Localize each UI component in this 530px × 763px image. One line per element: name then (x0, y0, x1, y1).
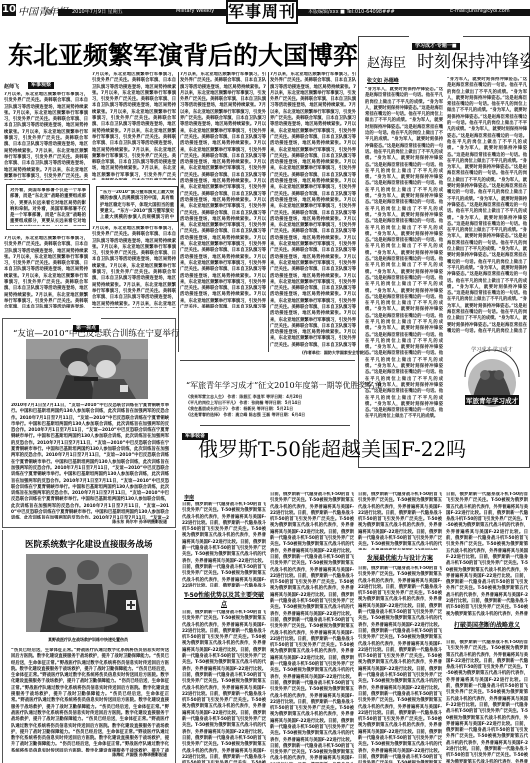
second-article-subhead-1: T-50性能优势以及其主要突破点 (182, 590, 266, 608)
section-divider (180, 360, 355, 361)
side-column-title: 时刻保持冲锋姿态 (417, 52, 530, 72)
photo-story-1-box: 第一视点 “友谊—2010”中巴反恐联合训练在宁夏举行 2010年7月1日至7月… (2, 318, 176, 528)
honor-list: 《我来军营立志人生》 作者：陈振江 李显军 等评日期：4月20日 《平凡的岗位上… (186, 394, 305, 418)
second-article-col3: 日前，俄罗斯新一代隐身战斗机T-50的首飞引发外界广泛关注。T-50被视为俄罗斯… (358, 492, 442, 550)
lead-body-col2: 7月以来，东北亚地区频繁举行军事演习，引发外界广泛关注。美韩联合军演、日本自卫队… (92, 72, 176, 180)
lead-body-col1: 7月以来，东北亚地区频繁举行军事演习，引发外界广泛关注。美韩联合军演、日本自卫队… (4, 92, 88, 180)
side-column-box: 学习成才·专题一■ 赵海臣 时刻保持冲锋姿态 张文如 孙德峰 “身为军人，就要时… (358, 36, 530, 468)
second-article-subhead-2: 发展最优能力与设计方案 (358, 553, 442, 562)
pull-quote-box-2: “东方一2010”演习暨军演史上最大规模的参演人员规模演习的中国，具有维护地区稳… (96, 186, 178, 222)
photo-story-1-headline: “友谊—2010”中巴反恐联合训练在宁夏举行 (13, 327, 179, 339)
second-article-headline: 俄罗斯T-50能超越美国F-22吗 (198, 433, 466, 462)
editor-line: 本版编辑/xxx ■ Tel:010-64098### (308, 8, 395, 15)
section-en: Military Weekly (176, 8, 214, 14)
page-number: 10 (2, 4, 16, 16)
honor-list-entry: 《这是青春的选择》 作者：高立峰 陈志强 王磊 等评日期：6月4日 (186, 412, 305, 418)
svg-text:军旅青年学习成才: 军旅青年学习成才 (466, 396, 519, 405)
column-rule (268, 72, 269, 352)
lead-body-col1b: 7月以来，东北亚地区频繁举行军事演习，引发外界广泛关注。美韩联合军演、日本自卫队… (4, 236, 88, 308)
lead-author: 赵师飞 (4, 83, 19, 90)
masthead: 10 中国青年报 ///// 2010年7月9日 星期五 Military We… (0, 0, 530, 26)
honor-list-headline: “军旅青年学习成才”征文2010年度第一期等优胜奖名单 (186, 380, 383, 391)
photo-story-2-box: 医院系统数字化建设直接服务战场 某野战医疗队在战场救护训练中快速处置伤员 “伤员… (2, 530, 176, 763)
pull-quote-box-1: 对外看，美国军事部署不仅是一个军事部署，而是“东北亚”战略的重要组成部分，更要从… (6, 184, 90, 230)
side-column-headline: 赵海臣 时刻保持冲锋姿态 (367, 47, 530, 72)
second-article-col1: 日前，俄罗斯新一代隐身战斗机T-50的首飞引发外界广泛关注。T-50被视为俄罗斯… (182, 502, 266, 587)
lead-body-col4: 7月以来，东北亚地区频繁举行军事演习，引发外界广泛关注。美韩联合军演、日本自卫队… (270, 72, 356, 348)
side-column-body-1: “身为军人，就要时刻保持冲锋姿态。”这是赵海臣常挂在嘴边的一句话。他在平凡的岗位… (365, 87, 443, 459)
side-column-person: 赵海臣 (367, 56, 406, 71)
second-article-col2: 日前，俄罗斯新一代隐身战斗机T-50的首飞引发外界广泛关注。T-50被视为俄罗斯… (270, 492, 354, 763)
photo-story-2-body: “伤员已经后送，生命体征正常。”野战医疗队通过数字化系统将伤员信息实时传送回后方… (11, 648, 169, 752)
medical-photo-icon (26, 554, 148, 632)
lead-body-col2b: 7月以来，东北亚地区频繁举行军事演习，引发外界广泛关注。美韩联合军演、日本自卫队… (92, 226, 176, 308)
pull-quote-1: 对外看，美国军事部署不仅是一个军事部署，而是“东北亚”战略的重要组成部分，更要从… (10, 188, 86, 226)
second-article-author: 李南 (184, 494, 194, 501)
photo-story-2-caption: 某野战医疗队在战场救护训练中快速处置伤员 (23, 637, 153, 643)
svg-text:学习成才 学习成才: 学习成才 学习成才 (471, 346, 513, 353)
second-article-col3b: 日前，俄罗斯新一代隐身战斗机T-50的首飞引发外界广泛关注。T-50被视为俄罗斯… (358, 566, 442, 763)
column-rule (178, 72, 179, 352)
photo-story-2-credit: 陈海红 卢国强 孙海华摄影报道 (112, 752, 167, 758)
photo-story-1-body: 2010年7月1日至7月11日，“友谊—2010”中巴反恐联合训练在宁夏青铜峡市… (11, 403, 169, 519)
side-column-body-2: “身为军人，就要时刻保持冲锋姿态。”这是赵海臣常挂在嘴边的一句话。他在平凡的岗位… (447, 77, 527, 333)
photo-story-2-headline: 医院系统数字化建设直接服务战场 (25, 538, 153, 550)
section-title: 军事周刊 (226, 0, 298, 24)
lead-tag: 军事观察 (28, 71, 54, 90)
second-article-col4b: 日前，俄罗斯新一代隐身战斗机T-50的首飞引发外界广泛关注。T-50被视为俄罗斯… (446, 640, 528, 763)
photo-story-1-credit: 陈永东 尚尔中 孙华明摄影报道 (112, 519, 167, 525)
side-column-byline: 张文如 孙德峰 (367, 77, 399, 84)
photo-soldiers-training (26, 339, 148, 399)
second-article-subhead-3: 打破美国垄断的战略意义 (446, 620, 528, 629)
hatch-decoration: ///// (45, 8, 52, 16)
lead-headline: 东北亚频繁军演背后的大国博弈 (8, 36, 358, 72)
learning-badge: 学习成才 学习成才 军旅青年学习成才 (459, 337, 525, 423)
date-line: 2010年7月9日 星期五 (72, 8, 123, 15)
pull-quote-2: “东方一2010”演习暨军演史上最大规模的参演人员规模演习的中国，具有维护地区稳… (100, 190, 174, 220)
photo-field-medical (26, 554, 148, 632)
lead-body-col3: 7月以来，东北亚地区频繁举行军事演习，引发外界广泛关注。美韩联合军演、日本自卫队… (180, 72, 266, 308)
email-line: E-mail:junshi@cyol.com (450, 8, 510, 14)
second-article-col1b: 日前，俄罗斯新一代隐身战斗机T-50的首飞引发外界广泛关注。T-50被视为俄罗斯… (182, 610, 266, 763)
soldiers-photo-icon (26, 339, 148, 399)
lead-source-note: (作者单位：国防大学国家安全学院) (302, 350, 366, 356)
badge-emblem-icon: 学习成才 学习成才 军旅青年学习成才 (459, 337, 525, 423)
second-article-col4: 日前，俄罗斯新一代隐身战斗机T-50的首飞引发外界广泛关注。T-50被视为俄罗斯… (446, 492, 528, 616)
tag-rule (200, 425, 350, 426)
